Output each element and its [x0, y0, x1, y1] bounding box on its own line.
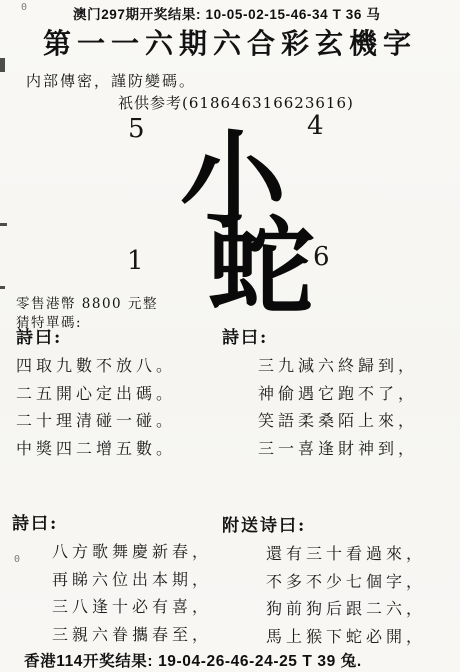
poem-line: 八方歌舞慶新春，: [52, 544, 212, 572]
poem-line: 四取九數不放八。: [16, 358, 176, 386]
zodiac-number-top-right: 4: [307, 111, 324, 141]
poem-label: 詩曰:: [12, 516, 212, 533]
internal-notice: 内部傳密，謹防變碼。: [26, 70, 196, 91]
poem-line: 狗前狗后跟二六，: [266, 601, 426, 629]
zodiac-char-bottom: 蛇: [208, 214, 314, 320]
hongkong-draw-result: 香港114开奖结果: 19-04-26-46-24-25 T 39 兔.: [24, 649, 362, 671]
poem-bottom-left: 詩曰: 八方歌舞慶新春， 再睇六位出本期， 三八逢十必有喜， 三親六眷攜春至，: [12, 516, 212, 654]
poem-line: 再睇六位出本期，: [52, 572, 212, 600]
poem-bottom-right: 附送诗曰: 還有三十看過來， 不多不少七個字， 狗前狗后跟二六， 馬上猴下蛇必開…: [222, 518, 426, 656]
scan-artifact: [0, 223, 7, 226]
poem-line: 還有三十看過來，: [266, 546, 426, 574]
poem-line: 不多不少七個字，: [266, 574, 426, 602]
retail-price-line: 零售港幣 8800 元整: [16, 292, 158, 312]
poem-line: 三一喜逢財神到，: [258, 441, 418, 469]
zodiac-number-bottom-left: 1: [127, 246, 144, 276]
poem-line: 三八逢十必有喜，: [52, 599, 212, 627]
poem-label: 附送诗曰:: [222, 518, 426, 535]
zodiac-number-bottom-right: 6: [313, 242, 330, 272]
macau-draw-result: 澳门297期开奖结果: 10-05-02-15-46-34 T 36 马: [73, 3, 380, 23]
poem-line: 二十理清碰一碰。: [16, 413, 176, 441]
poem-top-right: 詩曰: 三九減六終歸到， 神偷遇它跑不了， 笑語柔桑陌上來， 三一喜逢財神到，: [222, 330, 418, 468]
poem-line: 二五開心定出碼。: [16, 386, 176, 414]
poem-line: 神偷遇它跑不了，: [258, 386, 418, 414]
margin-mark-top: 0: [21, 2, 27, 13]
poem-label: 詩曰:: [16, 330, 176, 347]
poem-line: 中獎四二增五數。: [16, 441, 176, 469]
poem-top-left: 詩曰: 四取九數不放八。 二五開心定出碼。 二十理清碰一碰。 中獎四二增五數。: [16, 330, 176, 468]
poem-label: 詩曰:: [222, 330, 418, 347]
poem-line: 三九減六終歸到，: [258, 358, 418, 386]
poem-line: 笑語柔桑陌上來，: [258, 413, 418, 441]
lottery-sheet: 0 澳门297期开奖结果: 10-05-02-15-46-34 T 36 马 第…: [0, 0, 460, 672]
scan-artifact: [0, 286, 5, 289]
reference-number-line: 祇供参考(618646316623616): [118, 92, 354, 113]
zodiac-number-top-left: 5: [128, 114, 145, 144]
page-title: 第一一六期六合彩玄機字: [0, 22, 460, 62]
